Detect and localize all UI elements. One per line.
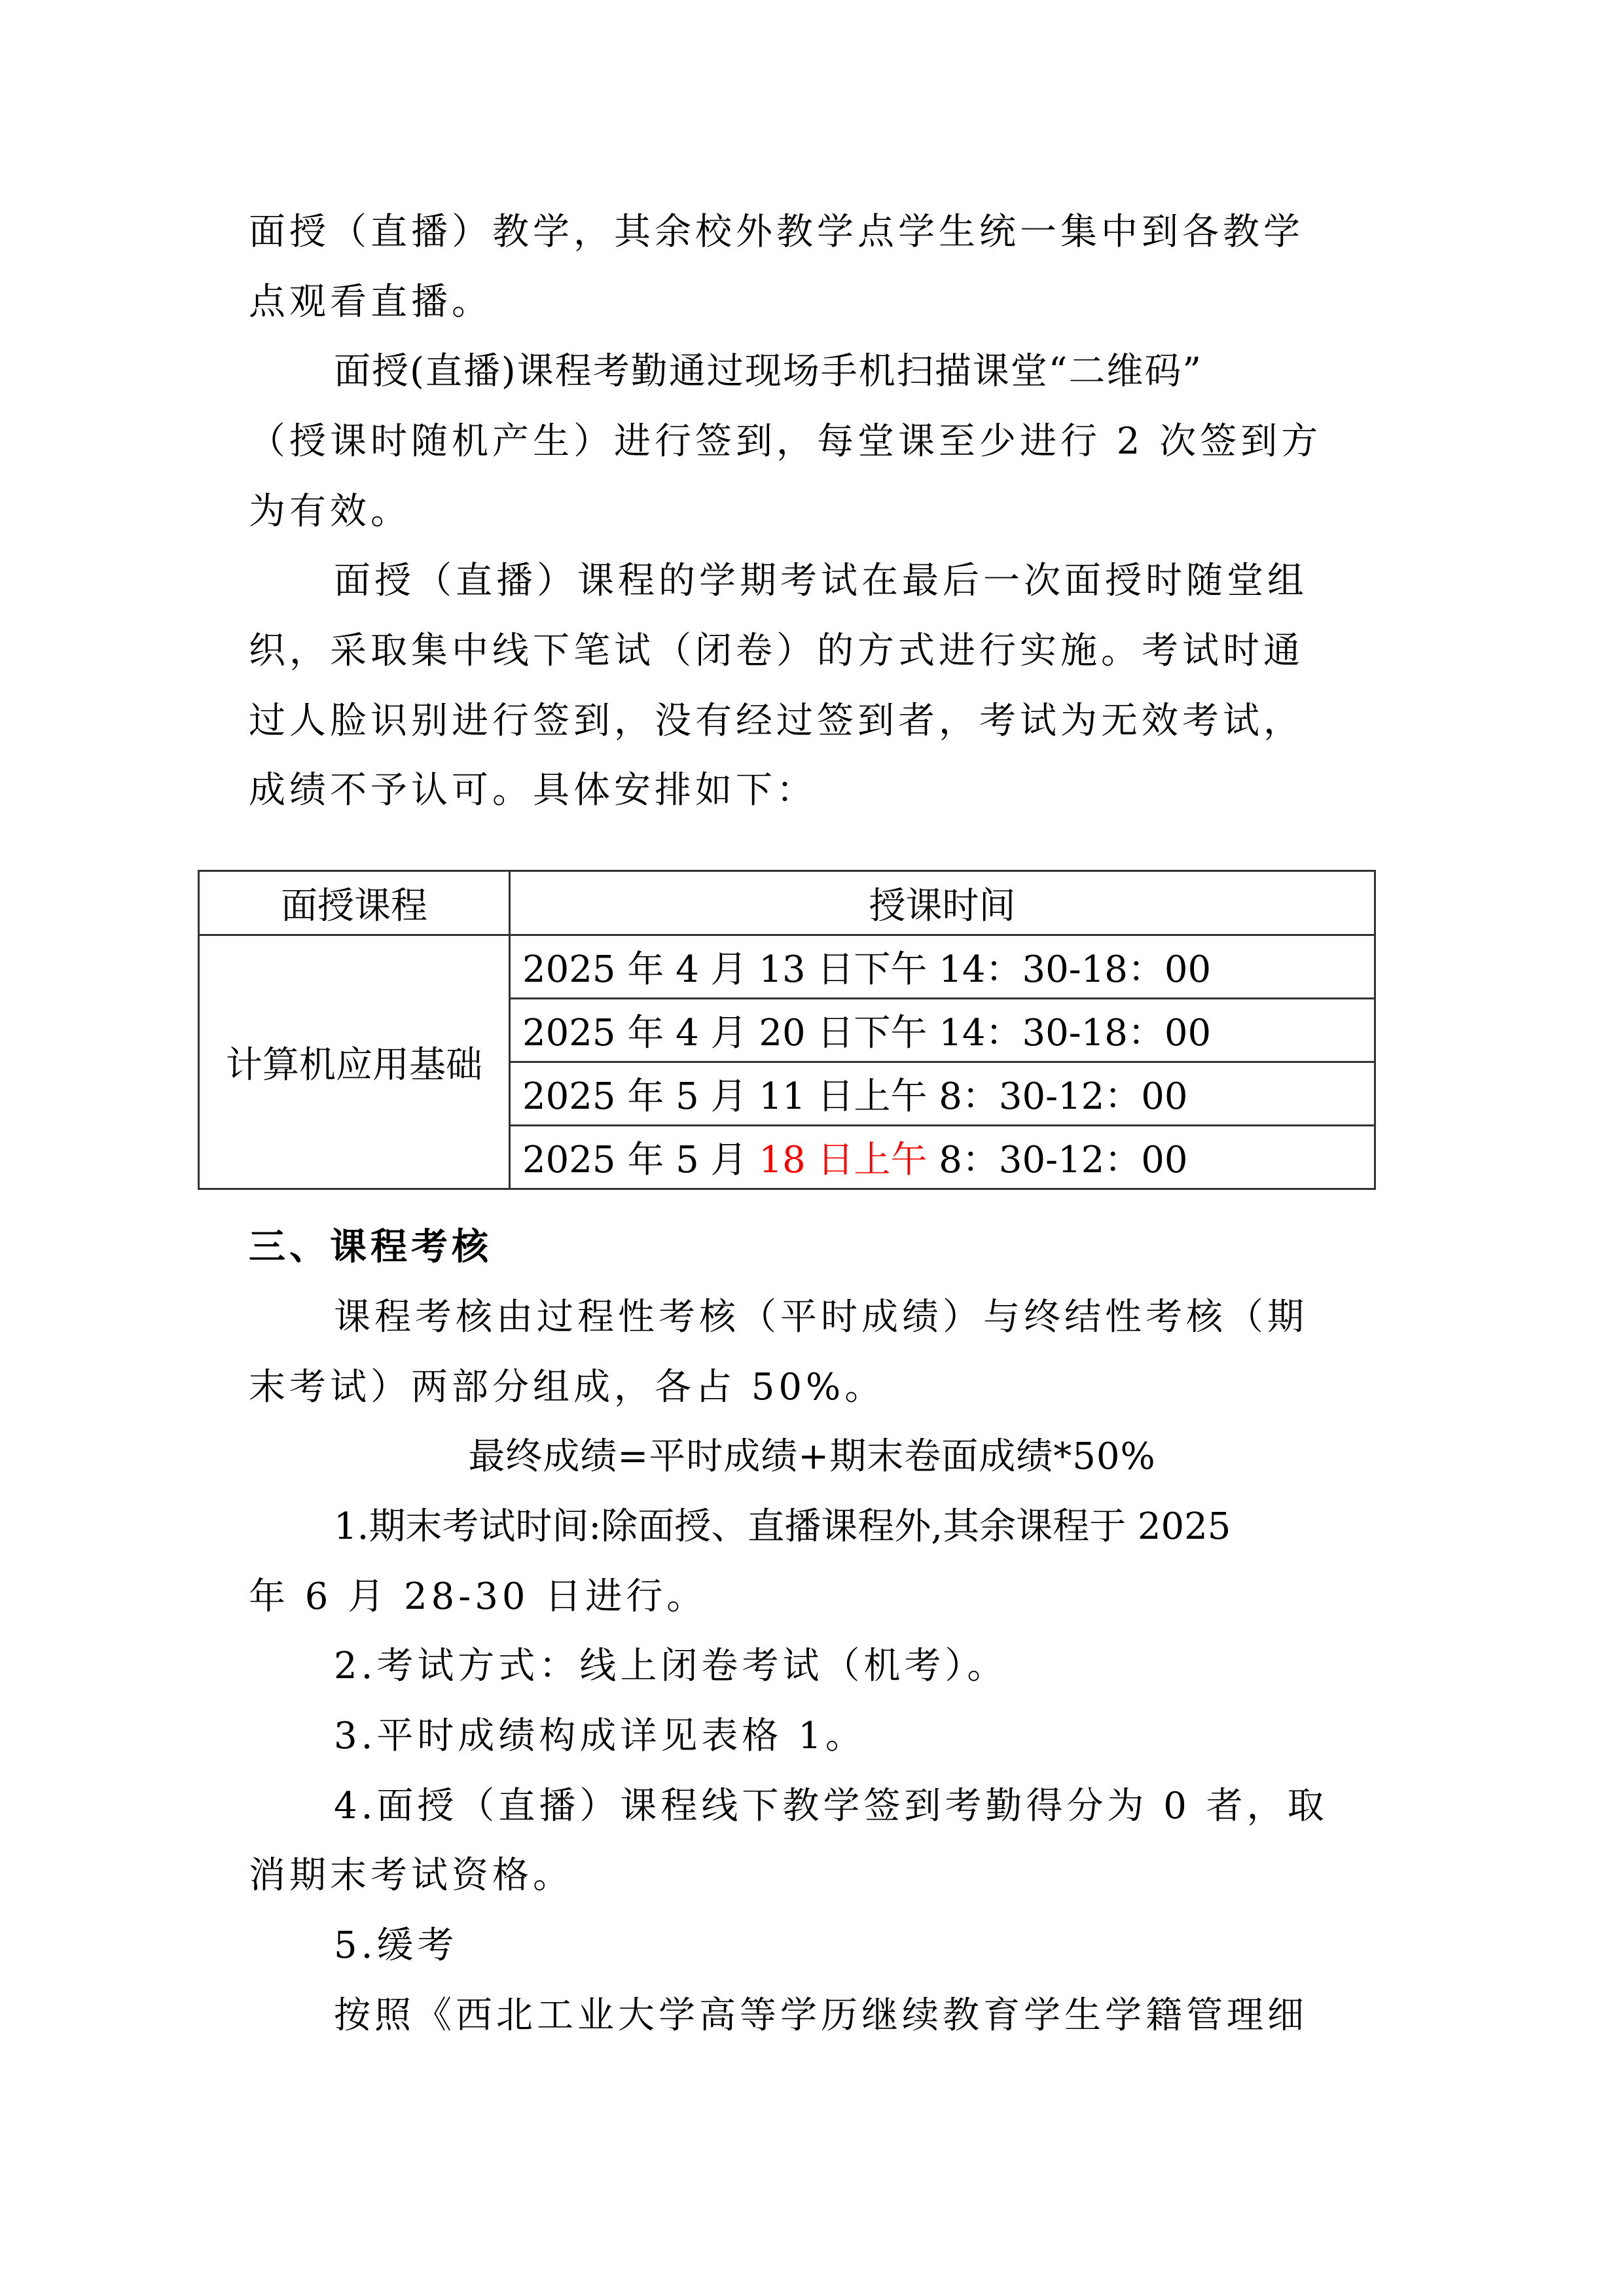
paragraph-line: （授课时随机产生）进行签到，每堂课至少进行 2 次签到方 xyxy=(249,421,1388,463)
list-item: 2.考试方式：线上闭卷考试（机考）。 xyxy=(334,1645,1473,1687)
list-item-continuation: 年 6 月 28-30 日进行。 xyxy=(249,1576,1388,1618)
highlighted-date-text: 18 日上午 xyxy=(759,1139,927,1181)
time-cell: 2025 年 4 月 13 日下午 14：30-18：00 xyxy=(510,935,1375,999)
paragraph-line: 过人脸识别进行签到，没有经过签到者，考试为无效考试， xyxy=(249,700,1388,742)
time-text: 2025 年 4 月 20 日下午 14：30-18：00 xyxy=(522,1012,1211,1054)
grade-formula: 最终成绩=平时成绩+期末卷面成绩*50% xyxy=(0,1436,1624,1478)
course-name-cell: 计算机应用基础 xyxy=(199,935,510,1189)
time-cell: 2025 年 5 月 11 日上午 8：30-12：00 xyxy=(510,1062,1375,1126)
paragraph-line: 点观看直播。 xyxy=(249,281,1388,323)
paragraph-line: 按照《西北工业大学高等学历继续教育学生学籍管理细 xyxy=(334,1995,1473,2037)
paragraph-line: 课程考核由过程性考核（平时成绩）与终结性考核（期 xyxy=(334,1297,1473,1338)
paragraph-line: 成绩不予认可。具体安排如下： xyxy=(249,770,1388,812)
time-cell: 2025 年 5 月 18 日上午 8：30-12：00 xyxy=(510,1126,1375,1189)
time-text: 8：30-12：00 xyxy=(927,1139,1187,1181)
paragraph-line: 面授（直播）教学，其余校外教学点学生统一集中到各教学 xyxy=(249,211,1388,253)
column-header-course: 面授课程 xyxy=(199,871,510,935)
time-text: 2025 年 4 月 13 日下午 14：30-18：00 xyxy=(522,948,1211,991)
column-header-time: 授课时间 xyxy=(510,871,1375,935)
time-cell: 2025 年 4 月 20 日下午 14：30-18：00 xyxy=(510,999,1375,1062)
table-row: 计算机应用基础 2025 年 4 月 13 日下午 14：30-18：00 xyxy=(199,935,1375,999)
paragraph-line: 面授(直播)课程考勤通过现场手机扫描课堂“二维码” xyxy=(334,351,1473,393)
list-item: 5.缓考 xyxy=(334,1925,1473,1967)
paragraph-line: 为有效。 xyxy=(249,491,1388,533)
time-text: 2025 年 5 月 xyxy=(522,1139,759,1181)
section-heading: 三、课程考核 xyxy=(249,1226,1388,1268)
list-item-continuation: 消期末考试资格。 xyxy=(249,1855,1388,1897)
list-item: 4.面授（直播）课程线下教学签到考勤得分为 0 者，取 xyxy=(334,1785,1473,1827)
paragraph-line: 织，采取集中线下笔试（闭卷）的方式进行实施。考试时通 xyxy=(249,630,1388,672)
table-header-row: 面授课程 授课时间 xyxy=(199,871,1375,935)
schedule-table: 面授课程 授课时间 计算机应用基础 2025 年 4 月 13 日下午 14：3… xyxy=(198,870,1376,1190)
list-item: 3.平时成绩构成详见表格 1。 xyxy=(334,1715,1473,1757)
paragraph-line: 末考试）两部分组成，各占 50%。 xyxy=(249,1367,1388,1408)
paragraph-line: 面授（直播）课程的学期考试在最后一次面授时随堂组 xyxy=(334,560,1473,602)
list-item: 1.期末考试时间:除面授、直播课程外,其余课程于 2025 xyxy=(334,1506,1473,1548)
time-text: 2025 年 5 月 11 日上午 8：30-12：00 xyxy=(522,1075,1188,1118)
